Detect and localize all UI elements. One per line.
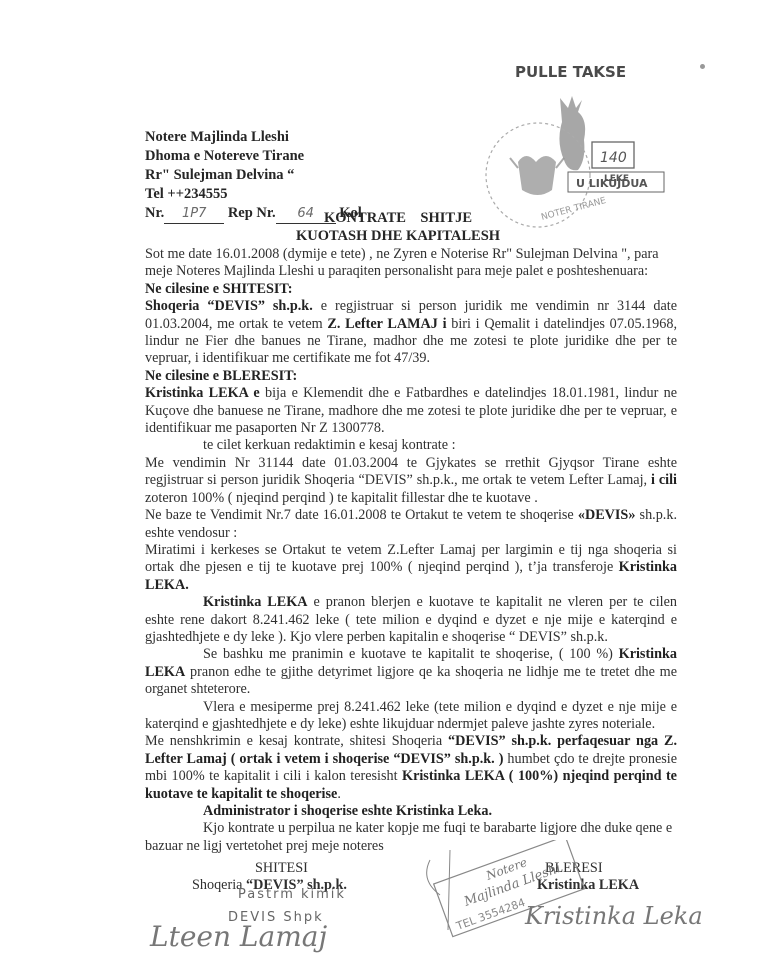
obligations-paragraph: Se bashku me pranimin e kuotave te kapit…	[145, 646, 677, 698]
approval-paragraph: Miratimi i kerkeses se Ortakut te vetem …	[145, 542, 677, 594]
seller-person: Z. Lefter LAMAJ i	[327, 316, 446, 332]
notary-name: Notere Majlinda Lleshi	[145, 128, 362, 147]
seller-handwritten-signature: Lteen Lamaj	[150, 920, 327, 953]
request-line: te cilet kerkuan redaktimin e kesaj kont…	[145, 437, 677, 454]
buyer-heading: Ne cilesine e BLERESIT:	[145, 368, 677, 385]
seller-label: SHITESI	[255, 860, 308, 877]
payment-paragraph: Vlera e mesiperme prej 8.241.462 leke (t…	[145, 699, 677, 734]
paid-label: U LIKUJDUA	[576, 177, 648, 190]
seller-company: Shoqeria “DEVIS” sh.p.k.	[145, 298, 313, 314]
administrator-line: Administrator i shoqerise eshte Kristink…	[145, 803, 677, 820]
scan-speck	[700, 64, 705, 69]
decision-paragraph: Ne baze te Vendimit Nr.7 date 16.01.2008…	[145, 507, 677, 542]
intro-paragraph: Sot me date 16.01.2008 (dymije e tete) ,…	[145, 246, 677, 281]
seller-company-stamp-line1: Pastrm kimik	[238, 887, 346, 902]
seller-heading: Ne cilesine e SHITESIT:	[145, 281, 677, 298]
document-page: Notere Majlinda Lleshi Dhoma e Notereve …	[0, 0, 768, 973]
double-headed-eagle-icon	[510, 156, 564, 195]
notary-phone: Tel ++234555	[145, 185, 362, 204]
contract-title: KONTRATE SHITJE	[14, 210, 768, 227]
closing-paragraph: Kjo kontrate u perpilua ne kater kopje m…	[145, 820, 677, 855]
court-paragraph: Me vendimin Nr 31144 date 01.03.2004 te …	[145, 455, 677, 507]
signing-paragraph: Me nenshkrimin e kesaj kontrate, shitesi…	[145, 733, 677, 803]
buyer-name: Kristinka LEKA e	[145, 385, 260, 401]
buyer-handwritten-signature: Kristinka Leka	[525, 902, 703, 930]
buyer-paragraph: Kristinka LEKA e bija e Klemendit dhe e …	[145, 385, 677, 437]
notary-chamber: Dhoma e Notereve Tirane	[145, 147, 362, 166]
acceptance-paragraph: Kristinka LEKA e pranon blerjen e kuotav…	[145, 594, 677, 646]
contract-subtitle: KUOTASH DHE KAPITALESH	[14, 228, 768, 245]
contract-body: Sot me date 16.01.2008 (dymije e tete) ,…	[145, 246, 677, 855]
seller-paragraph: Shoqeria “DEVIS” sh.p.k. e regjistruar s…	[145, 298, 677, 368]
tax-stamp-title: PULLE TAKSE	[515, 63, 626, 81]
notary-address: Rr" Sulejman Delvina “	[145, 166, 362, 185]
tax-amount: 140	[600, 150, 627, 166]
